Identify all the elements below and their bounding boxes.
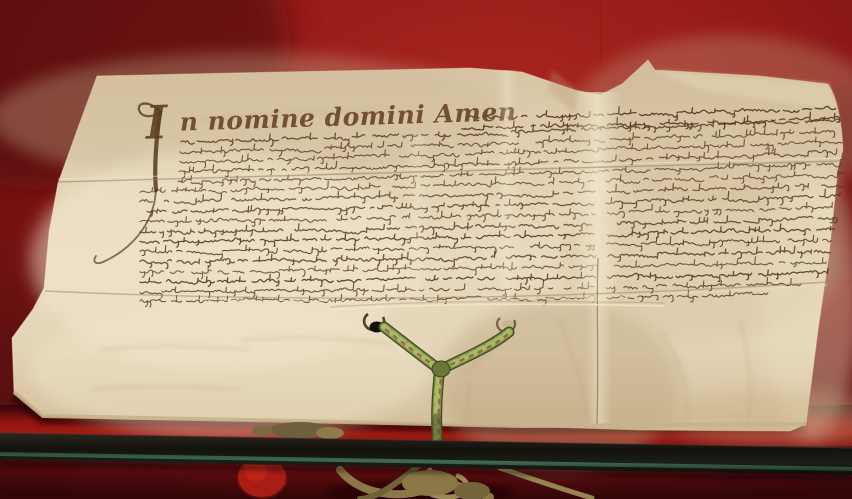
tangle-clump [252,426,272,436]
left-center-crease [496,70,518,302]
parchment-document: I n nomine domini Amen [0,35,852,470]
velvet-seam [600,0,602,64]
left-crease [404,135,430,303]
cord-knot [432,361,450,377]
center-fold-crack [597,258,598,424]
museum-display-photo: I n nomine domini Amen [0,0,852,499]
heading-initial: I [143,95,170,150]
tangle-clump [316,427,344,439]
center-fold-highlight-lower [586,300,612,424]
